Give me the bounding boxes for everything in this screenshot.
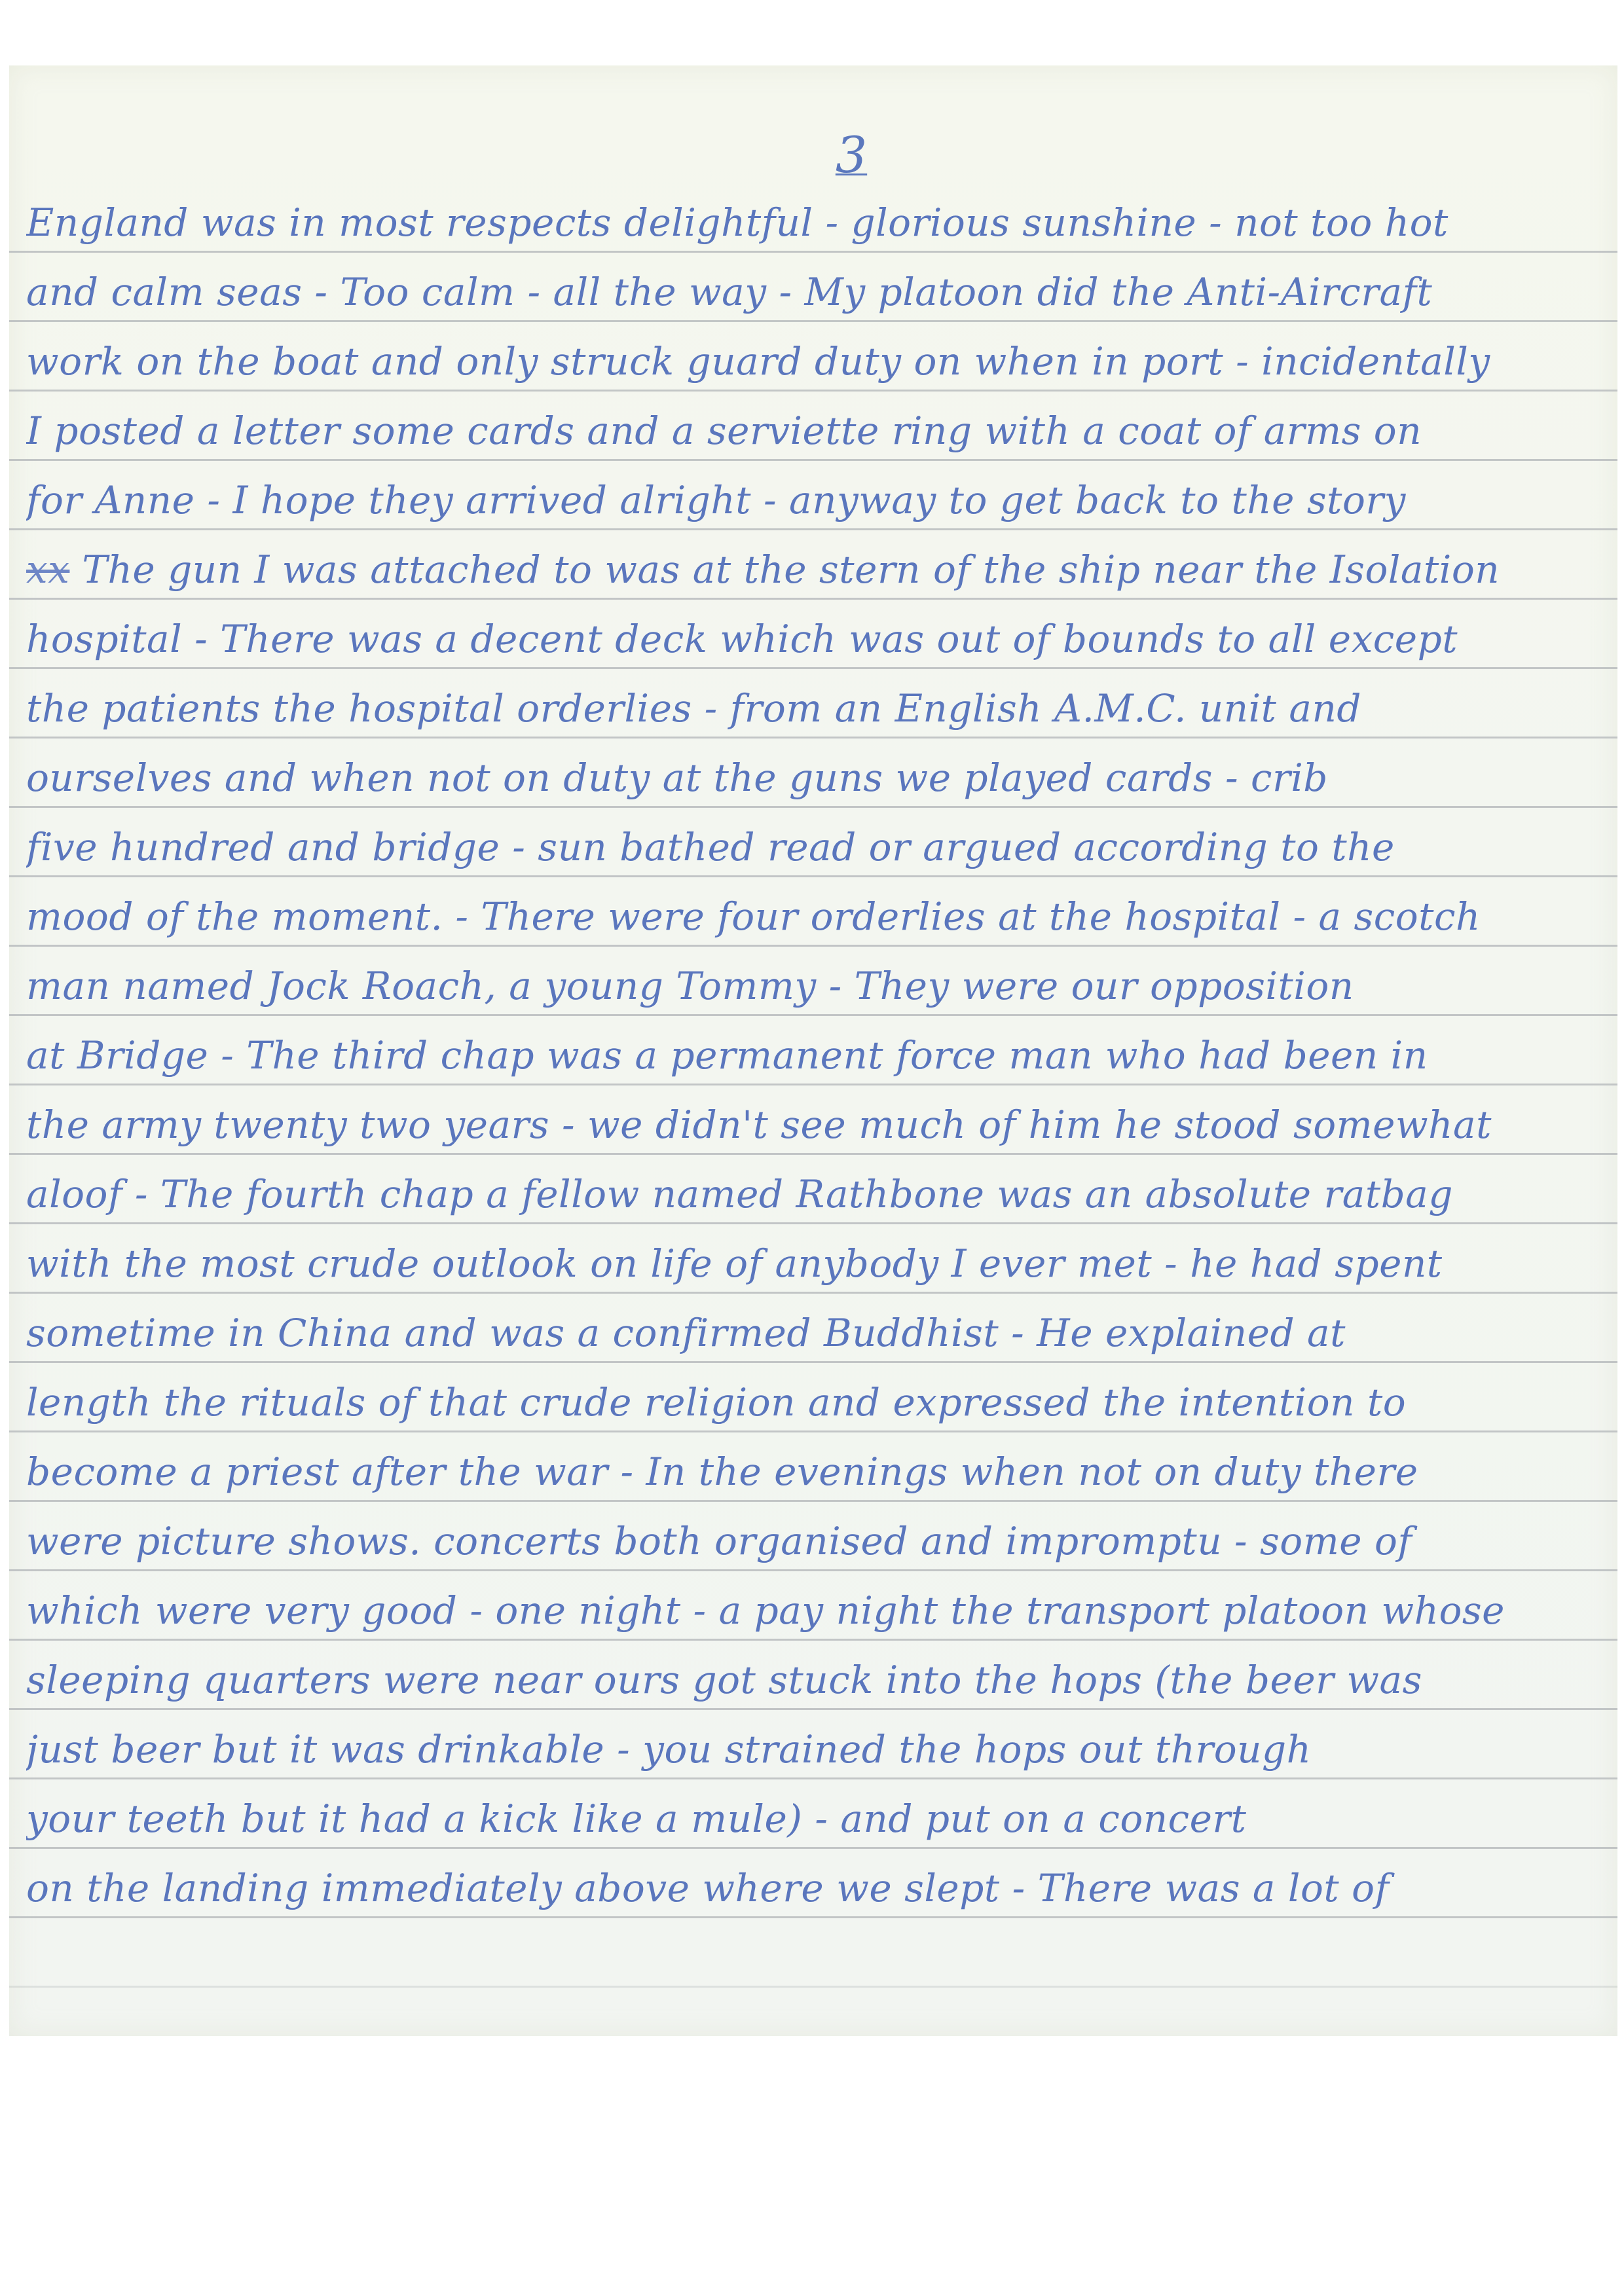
- text-line: length the rituals of that crude religio…: [26, 1373, 1611, 1438]
- text-line: were picture shows. concerts both organi…: [26, 1512, 1611, 1577]
- text-line: sometime in China and was a confirmed Bu…: [26, 1303, 1611, 1369]
- text-line: sleeping quarters were near ours got stu…: [26, 1650, 1611, 1716]
- text-line: just beer but it was drinkable - you str…: [26, 1720, 1611, 1785]
- text-line: your teeth but it had a kick like a mule…: [26, 1789, 1611, 1855]
- text-line: on the landing immediately above where w…: [26, 1859, 1611, 1924]
- text-line: become a priest after the war - In the e…: [26, 1442, 1611, 1508]
- text-line: work on the boat and only struck guard d…: [26, 332, 1611, 397]
- text-line: the army twenty two years - we didn't se…: [26, 1095, 1611, 1161]
- text-line: hospital - There was a decent deck which…: [26, 610, 1611, 675]
- text-line: at Bridge - The third chap was a permane…: [26, 1026, 1611, 1091]
- text-line: England was in most respects delightful …: [26, 193, 1611, 259]
- text-line: for Anne - I hope they arrived alright -…: [26, 471, 1611, 536]
- text-line: man named Jock Roach, a young Tommy - Th…: [26, 957, 1611, 1022]
- text-line: aloof - The fourth chap a fellow named R…: [26, 1165, 1611, 1230]
- text-line: with the most crude outlook on life of a…: [26, 1234, 1611, 1300]
- page-number: 3: [832, 126, 871, 184]
- text-line: xx The gun I was attached to was at the …: [26, 540, 1611, 606]
- text-line: mood of the moment. - There were four or…: [26, 887, 1611, 953]
- text-line: ourselves and when not on duty at the gu…: [26, 748, 1611, 814]
- crossed-out-mark: xx: [26, 547, 69, 592]
- text-line: and calm seas - Too calm - all the way -…: [26, 263, 1611, 328]
- text-line: five hundred and bridge - sun bathed rea…: [26, 818, 1611, 883]
- rule-line: [9, 1986, 1617, 1988]
- text-line: which were very good - one night - a pay…: [26, 1581, 1611, 1647]
- text-line: the patients the hospital orderlies - fr…: [26, 679, 1611, 744]
- text-line: I posted a letter some cards and a servi…: [26, 401, 1611, 467]
